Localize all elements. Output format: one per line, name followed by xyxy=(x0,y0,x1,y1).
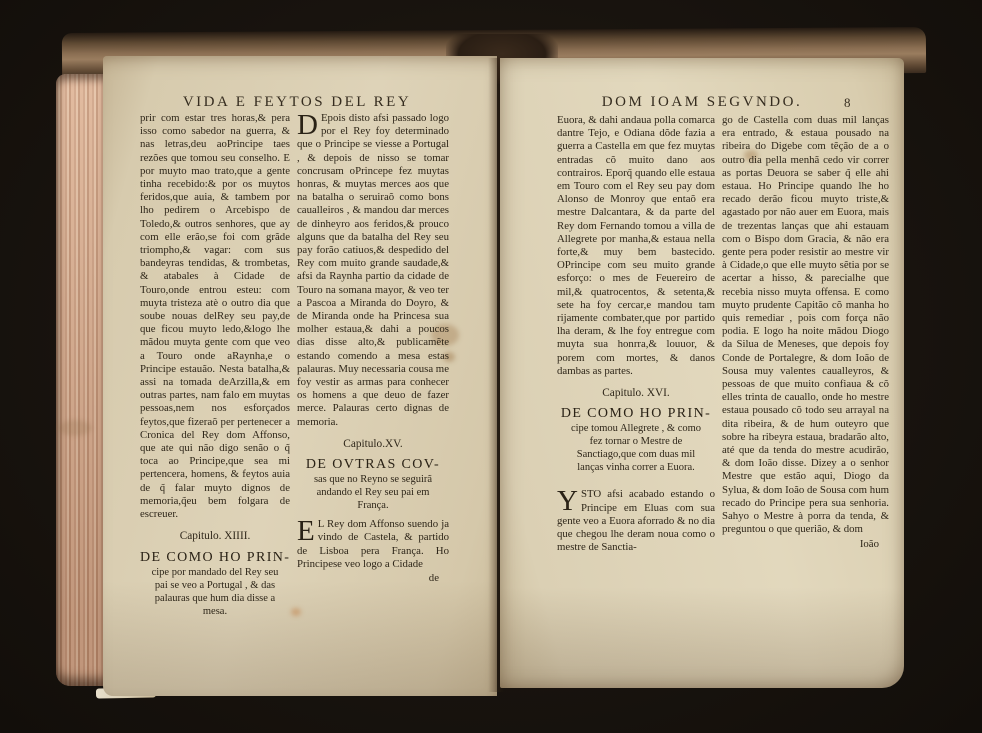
body-text: prir com estar tres horas,& pera isso co… xyxy=(140,112,290,521)
chapter-subtitle: cipe tomou Allegrete , & como fez tornar… xyxy=(565,422,707,474)
body-text: EL Rey dom Affonso suendo ja vindo de Ca… xyxy=(297,518,449,571)
paragraph-text: Epois disto afsi passado logo por el Rey… xyxy=(297,112,449,428)
chapter-subtitle: sas que no Reyno se seguirã andando el R… xyxy=(305,473,442,512)
page-number: 8 xyxy=(844,95,851,111)
page-edge-stain xyxy=(58,420,92,436)
book-scan-photo: VIDA E FEYTOS DEL REY prir com estar tre… xyxy=(0,0,982,733)
body-text: DEpois disto afsi passado logo por el Re… xyxy=(297,112,449,429)
catchword: de xyxy=(297,572,449,585)
chapter-number: Capitulo. XIIII. xyxy=(140,530,290,543)
chapter-title: DE COMO HO PRIN- xyxy=(140,551,290,564)
drop-cap-initial: Y xyxy=(557,488,581,514)
body-text: Euora, & dahi andaua polla comarca dantr… xyxy=(557,114,715,378)
right-page: DOM IOAM SEGVNDO. 8 Euora, & dahi andaua… xyxy=(500,58,904,688)
chapter-number: Capitulo. XVI. xyxy=(557,387,715,400)
left-page-column-2: DEpois disto afsi passado logo por el Re… xyxy=(297,112,449,690)
left-page-column-1: prir com estar tres horas,& pera isso co… xyxy=(140,112,290,690)
drop-cap-initial: E xyxy=(297,518,318,544)
left-page: VIDA E FEYTOS DEL REY prir com estar tre… xyxy=(103,56,497,696)
chapter-title: DE OVTRAS COV- xyxy=(297,458,449,471)
left-page-edges-stack xyxy=(56,74,108,686)
body-text: go de Castella com duas mil lanças era e… xyxy=(722,114,889,537)
chapter-title: DE COMO HO PRIN- xyxy=(557,407,715,420)
right-page-column-1: Euora, & dahi andaua polla comarca dantr… xyxy=(557,114,715,682)
paragraph-text: L Rey dom Affonso suendo ja vindo de Cas… xyxy=(297,518,449,570)
chapter-subtitle: cipe por mandado del Rey seu pai se veo … xyxy=(148,566,283,618)
running-header-left: VIDA E FEYTOS DEL REY xyxy=(137,94,457,111)
catchword: Ioão xyxy=(722,538,889,551)
drop-cap-initial: D xyxy=(297,112,321,138)
running-header-right: DOM IOAM SEGVNDO. xyxy=(576,94,828,111)
paragraph-text: STO afsi acabado estando o Principe em E… xyxy=(557,488,715,553)
right-page-edges-stack xyxy=(902,58,934,680)
body-text: YSTO afsi acabado estando o Principe em … xyxy=(557,488,715,554)
chapter-number: Capitulo.XV. xyxy=(297,438,449,451)
right-page-column-2: go de Castella com duas mil lanças era e… xyxy=(722,114,889,682)
